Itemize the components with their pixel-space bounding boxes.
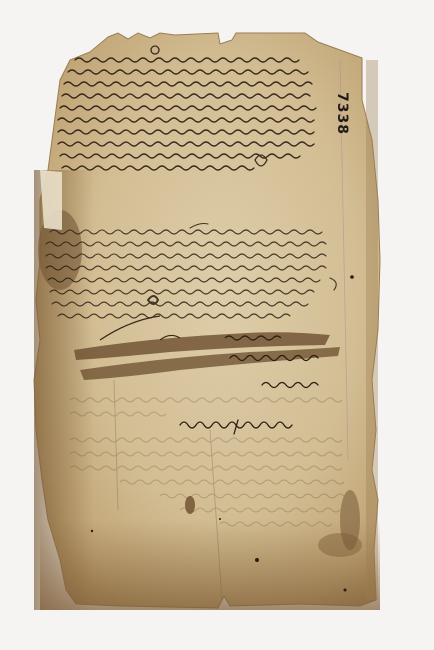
catalog-number: 7338 <box>334 92 350 135</box>
right-margin-darkening <box>366 60 378 600</box>
bottom-water-stain <box>40 520 380 610</box>
manuscript-leaf <box>0 0 434 650</box>
photo-background: 7338 <box>0 0 434 650</box>
